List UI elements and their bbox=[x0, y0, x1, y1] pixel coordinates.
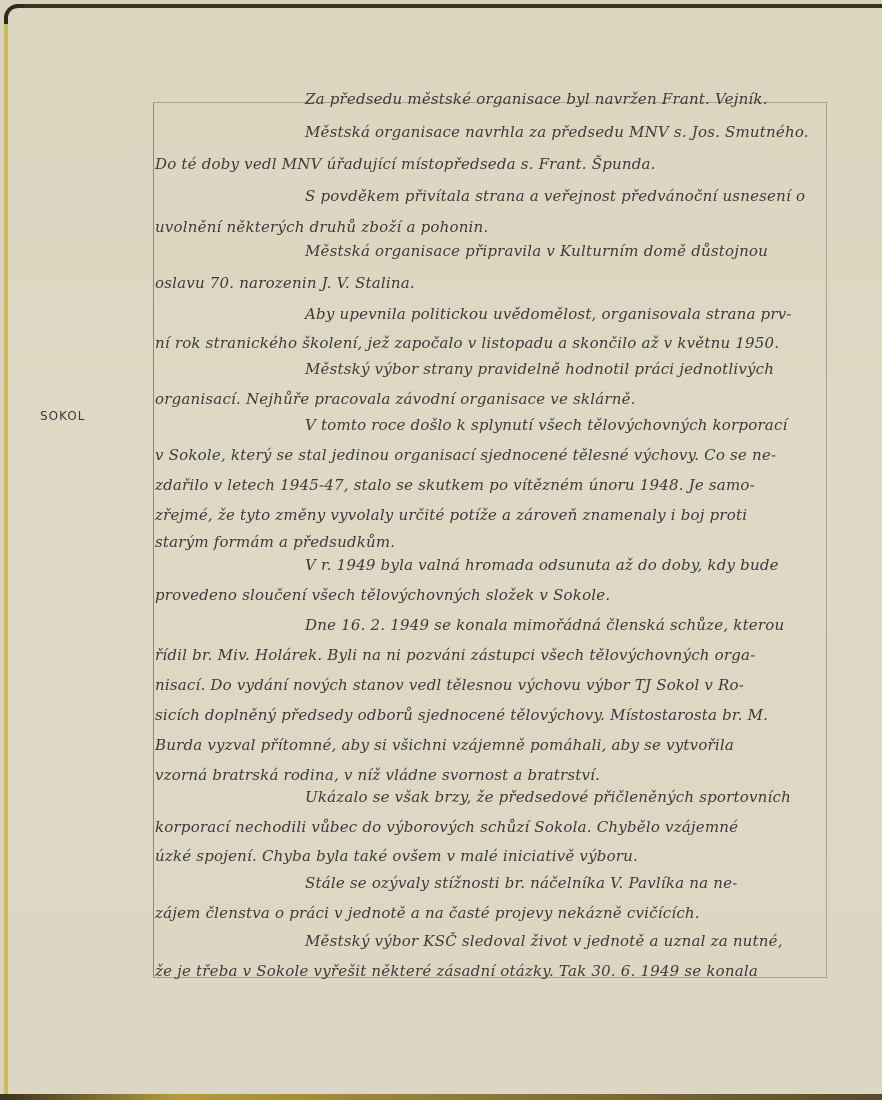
handwritten-line: sicích doplněný předsedy odborů sjednoce… bbox=[155, 706, 768, 724]
handwritten-line: organisací. Nejhůře pracovala závodní or… bbox=[155, 390, 636, 408]
handwritten-line: oslavu 70. narozenin J. V. Stalina. bbox=[155, 274, 415, 292]
handwritten-line: uvolnění některých druhů zboží a pohonin… bbox=[155, 218, 488, 236]
handwritten-chronicle-text: Za předsedu městské organisace byl navrž… bbox=[0, 0, 882, 1100]
handwritten-line: v Sokole, který se stal jedinou organisa… bbox=[155, 446, 776, 464]
handwritten-line: zájem členstva o práci v jednotě a na ča… bbox=[155, 904, 700, 922]
handwritten-line: řídil br. Miv. Holárek. Byli na ni pozvá… bbox=[155, 646, 755, 664]
handwritten-line: vzorná bratrská rodina, v níž vládne svo… bbox=[155, 766, 600, 784]
handwritten-line: Městský výbor KSČ sledoval život v jedno… bbox=[305, 932, 783, 950]
handwritten-line: provedeno sloučení všech tělovýchovných … bbox=[155, 586, 610, 604]
handwritten-line: Městská organisace připravila v Kulturní… bbox=[305, 242, 768, 260]
handwritten-line: Do té doby vedl MNV úřadující místopředs… bbox=[155, 155, 656, 173]
handwritten-line: Burda vyzval přítomné, aby si všichni vz… bbox=[155, 736, 734, 754]
handwritten-line: Městský výbor strany pravidelně hodnotil… bbox=[305, 360, 774, 378]
handwritten-line: zdařilo v letech 1945-47, stalo se skutk… bbox=[155, 476, 755, 494]
handwritten-line: nisací. Do vydání nových stanov vedl těl… bbox=[155, 676, 744, 694]
handwritten-line: Dne 16. 2. 1949 se konala mimořádná člen… bbox=[305, 616, 784, 634]
handwritten-line: ní rok stranického školení, jež započalo… bbox=[155, 334, 779, 352]
handwritten-line: úzké spojení. Chyba byla také ovšem v ma… bbox=[155, 847, 638, 865]
handwritten-line: Stále se ozývaly stížnosti br. náčelníka… bbox=[305, 874, 737, 892]
handwritten-line: zřejmé, že tyto změny vyvolaly určité po… bbox=[155, 506, 747, 524]
handwritten-line: Městská organisace navrhla za předsedu M… bbox=[305, 123, 809, 141]
handwritten-line: starým formám a předsudkům. bbox=[155, 533, 395, 551]
handwritten-line: že je třeba v Sokole vyřešit některé zás… bbox=[155, 962, 758, 980]
handwritten-line: Ukázalo se však brzy, že předsedové přič… bbox=[305, 788, 791, 806]
handwritten-line: korporací nechodili vůbec do výborových … bbox=[155, 818, 738, 836]
handwritten-line: S povděkem přivítala strana a veřejnost … bbox=[305, 187, 805, 205]
handwritten-line: Za předsedu městské organisace byl navrž… bbox=[305, 90, 768, 108]
handwritten-line: Aby upevnila politickou uvědomělost, org… bbox=[305, 305, 792, 323]
handwritten-line: V tomto roce došlo k splynutí všech tělo… bbox=[305, 416, 788, 434]
handwritten-line: V r. 1949 byla valná hromada odsunuta až… bbox=[305, 556, 779, 574]
